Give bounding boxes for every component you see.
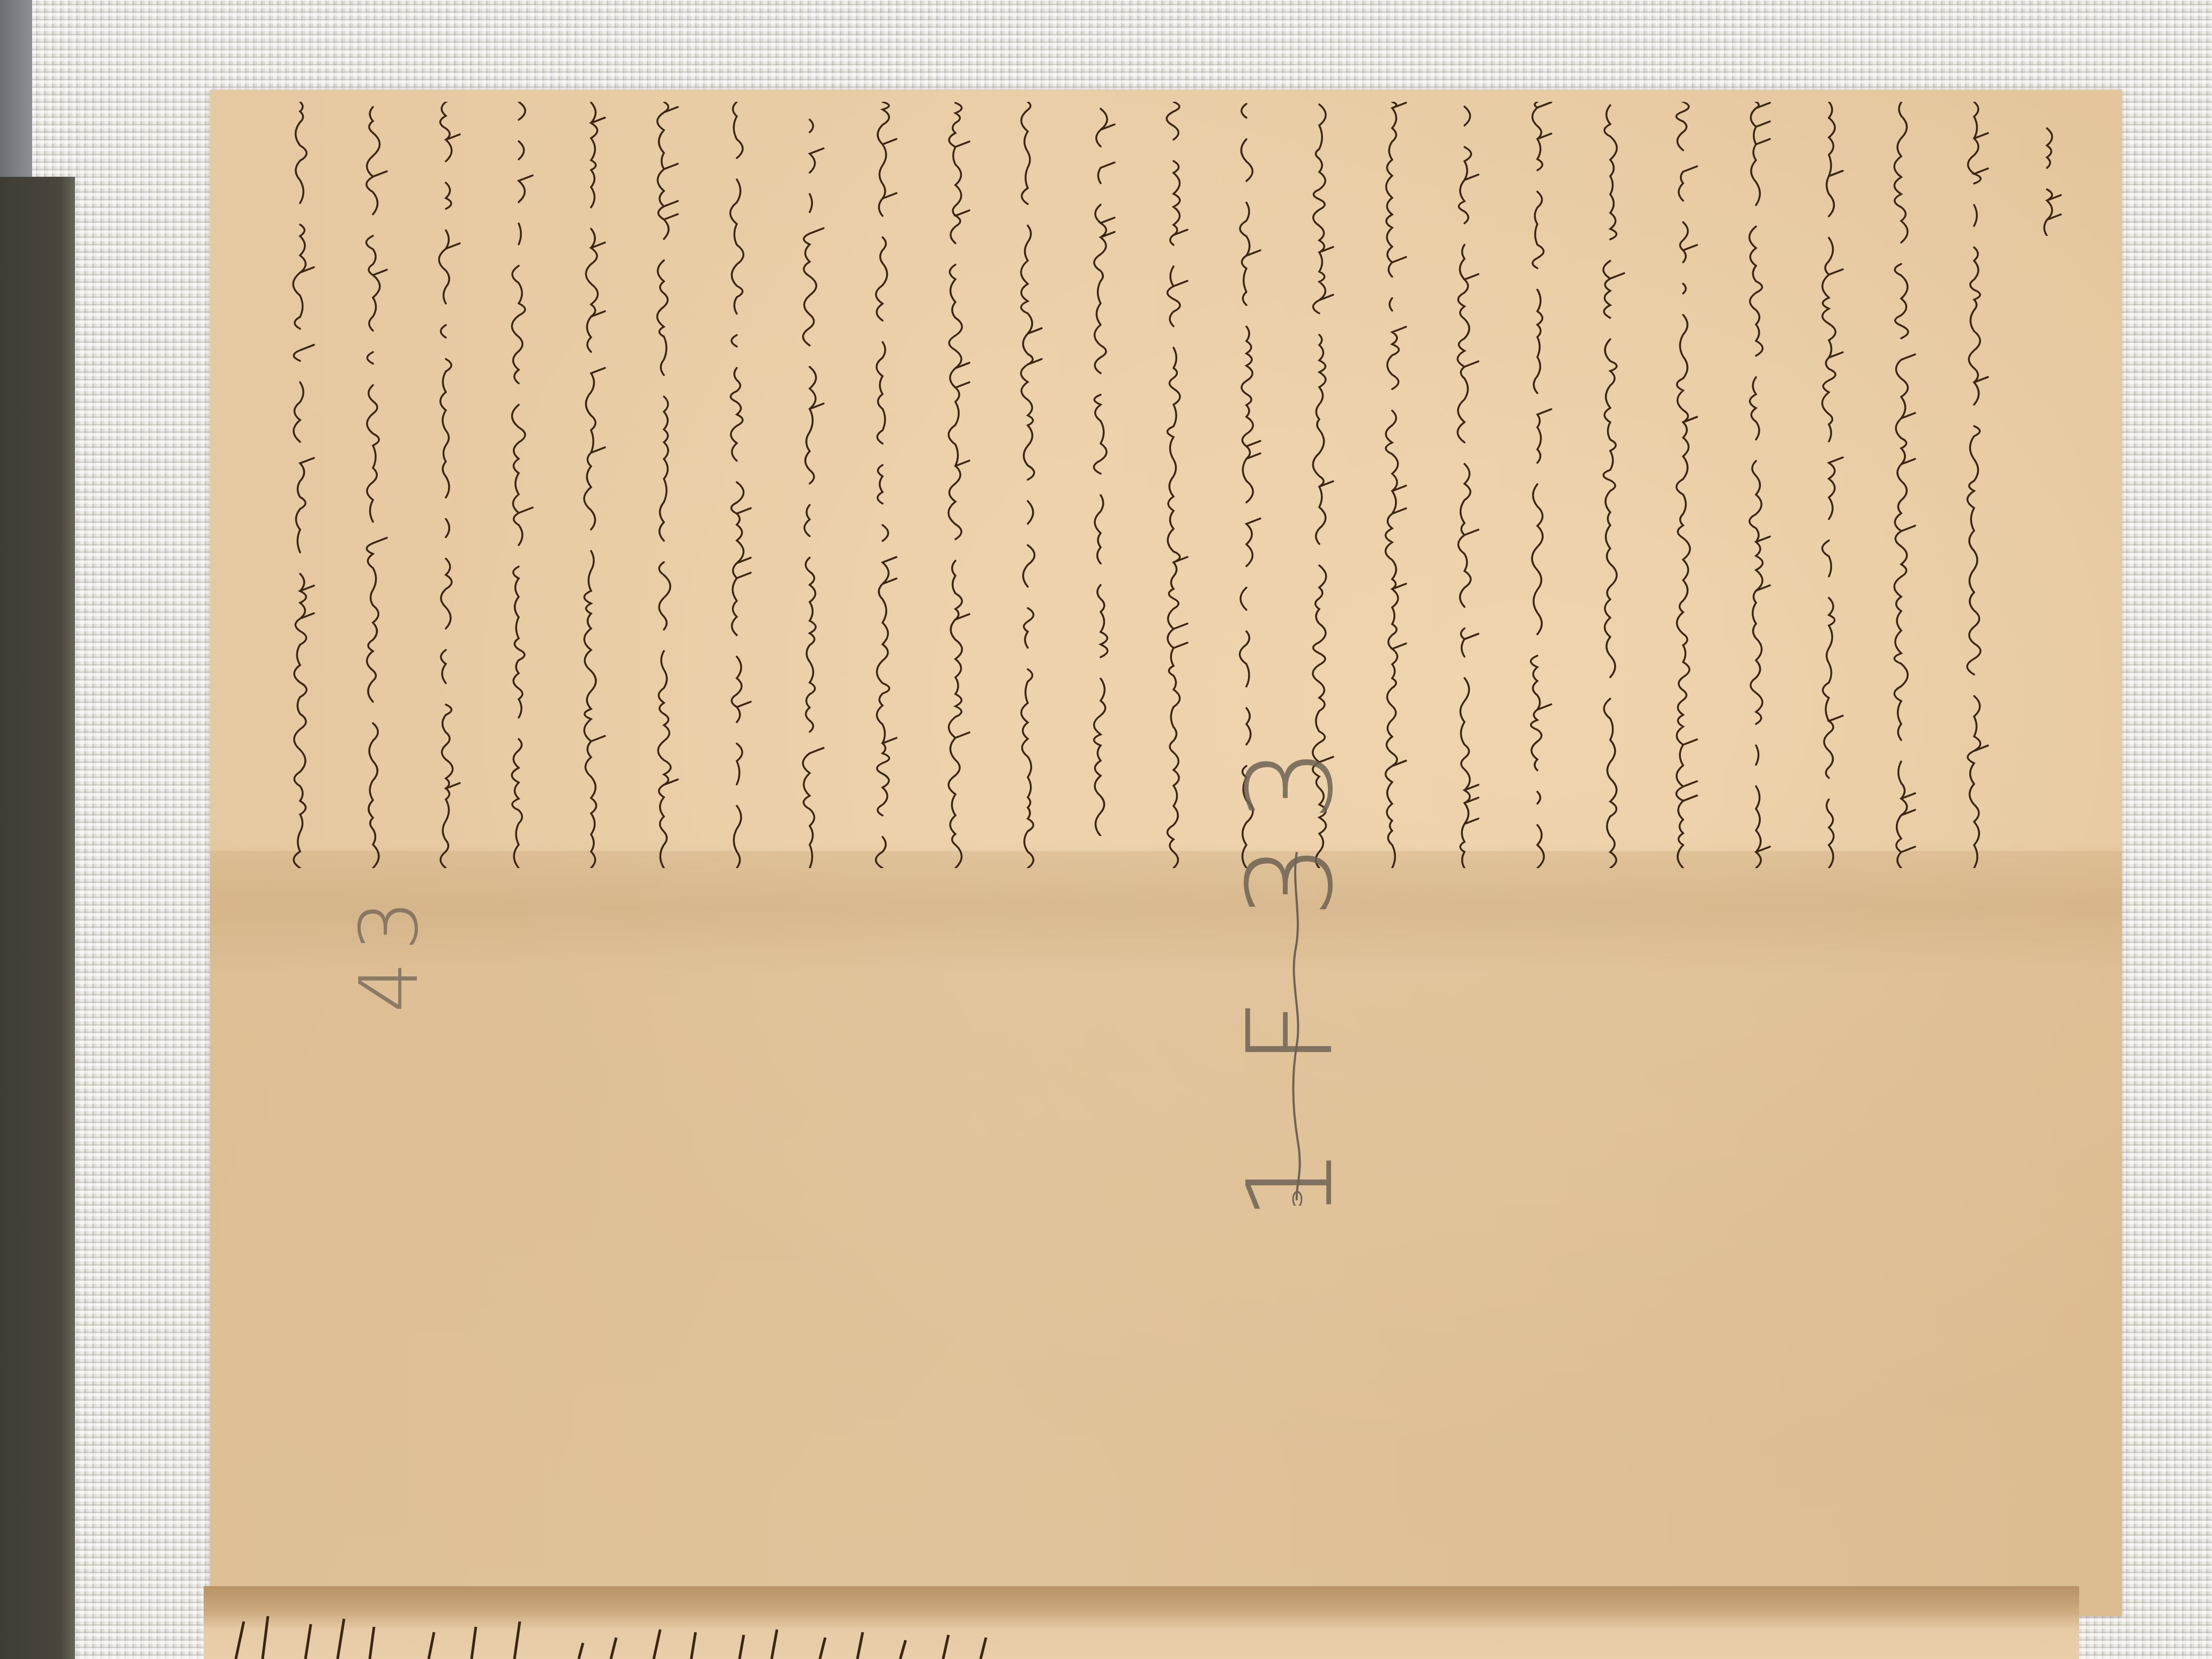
handwritten-line xyxy=(503,102,535,868)
handwritten-line xyxy=(1885,102,1917,868)
handwritten-line xyxy=(866,102,899,868)
handwritten-line xyxy=(648,102,680,868)
handwritten-line xyxy=(1740,102,1772,868)
folio-number: 43 xyxy=(343,889,436,1013)
handwritten-line xyxy=(939,102,972,868)
handwritten-line xyxy=(575,102,607,868)
handwritten-line xyxy=(1594,102,1626,868)
handwritten-line xyxy=(721,102,753,868)
handwritten-line xyxy=(1521,102,1553,868)
handwritten-line xyxy=(2031,123,2063,236)
folded-second-page xyxy=(204,1586,2079,1659)
handwritten-line xyxy=(430,102,462,868)
handwritten-line xyxy=(1813,102,1845,868)
dark-table-edge xyxy=(0,177,75,1659)
handwritten-line xyxy=(794,102,826,868)
handwritten-line xyxy=(1376,102,1408,868)
handwritten-line xyxy=(1448,102,1481,868)
handwritten-line xyxy=(1667,102,1699,868)
handwritten-line xyxy=(1085,102,1117,836)
archival-signature: 1 F 33 xyxy=(1222,726,1359,1222)
second-page-script-fragments xyxy=(204,1611,2079,1659)
handwritten-line xyxy=(1012,102,1044,868)
handwritten-line xyxy=(1157,102,1190,868)
handwritten-line xyxy=(357,102,389,868)
handwritten-line xyxy=(284,102,316,868)
handwritten-line xyxy=(1958,102,1990,868)
